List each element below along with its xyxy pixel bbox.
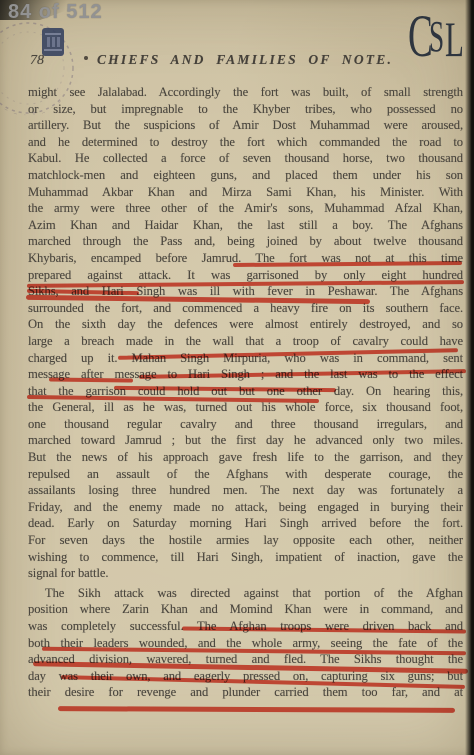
text-line: Muhammad Akbar Khan and Mirza Sami Khan,… — [28, 184, 463, 201]
text-line: dead. Early on Saturday morning Hari Sin… — [28, 515, 463, 532]
text-line: marched toward Jamrud ; but the first da… — [28, 432, 463, 449]
text-line: Azim Khan and Haidar Khan, the last stil… — [28, 217, 463, 234]
running-header: CHIEFS AND FAMILIES OF NOTE. — [28, 52, 462, 68]
text-line: wishing to commence, till Hari Singh, im… — [28, 549, 463, 566]
text-line: marched through the Pass and, being join… — [28, 233, 463, 250]
text-line: the army were three other of the Amir's … — [28, 200, 463, 217]
text-line: On the sixth day the defences were almos… — [28, 316, 463, 333]
book-page: ‒ · ‒ ‒ · · ‒ · ‒ ‒ · C S L 84 of 512 78… — [0, 0, 474, 755]
text-line: or size, but impregnable to the Khyber t… — [28, 101, 463, 118]
text-line: Friday, and the enemy made no attack, be… — [28, 499, 463, 516]
text-line: and he determined to destroy the fort wh… — [28, 134, 463, 151]
paragraph: might see Jalalabad. Accordingly the for… — [28, 84, 463, 582]
text-line: artillery. But the suspicions of Amir Do… — [28, 117, 463, 134]
text-line: But the news of his approach gave fresh … — [28, 449, 463, 466]
text-line: assailants losing three hundred men. The… — [28, 482, 463, 499]
page-text: might see Jalalabad. Accordingly the for… — [28, 84, 463, 701]
text-line: large a breach made in the wall that a t… — [28, 333, 463, 350]
text-line: Kabul. He collected a force of seven tho… — [28, 150, 463, 167]
text-line: surrounded the fort, and commenced a hea… — [28, 300, 463, 317]
scanned-page-viewer: ‒ · ‒ ‒ · · ‒ · ‒ ‒ · C S L 84 of 512 78… — [0, 0, 474, 755]
text-line: might see Jalalabad. Accordingly the for… — [28, 84, 463, 101]
text-line: one thousand regular cavalry and three t… — [28, 416, 463, 433]
red-underline-mark — [58, 706, 455, 712]
page-edge-shadow — [465, 0, 474, 755]
page-counter-overlay: 84 of 512 — [8, 1, 103, 24]
text-line: repulsed an assault of the Afghans with … — [28, 466, 463, 483]
text-line: The Sikh attack was directed against tha… — [28, 585, 463, 602]
text-line: For seven days the hostile armies lay op… — [28, 532, 463, 549]
text-line: position where Zarin Khan and Momind Kha… — [28, 601, 463, 618]
text-line: matchlock-men and eighteen guns, and pla… — [28, 167, 463, 184]
text-line: signal for battle. — [28, 565, 463, 582]
